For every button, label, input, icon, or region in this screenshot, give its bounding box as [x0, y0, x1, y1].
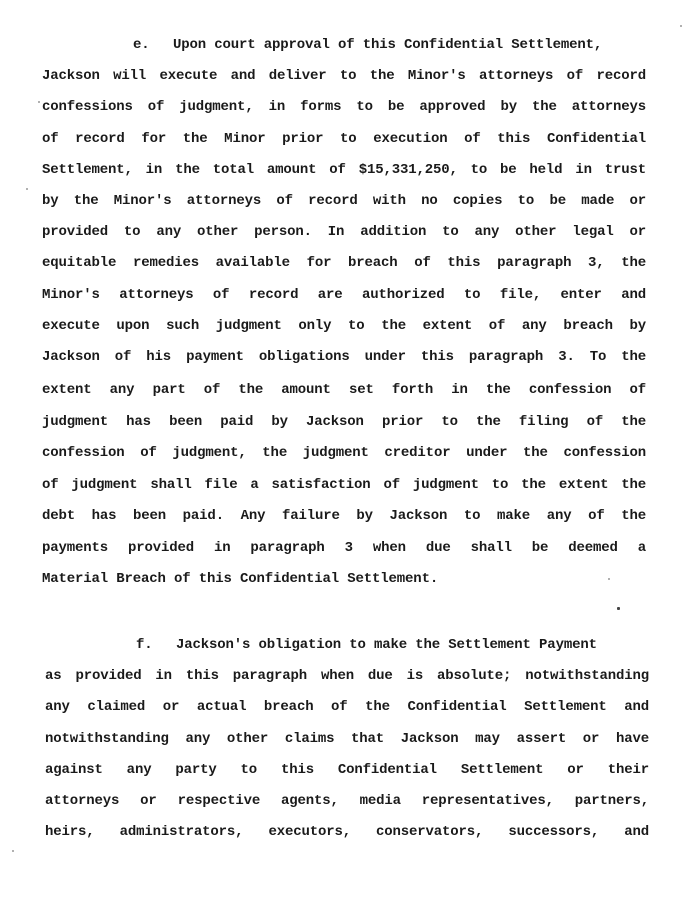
paragraph-f-line-1: f.Jackson's obligation to make the Settl… [136, 636, 646, 654]
paragraph-e-line-15: of judgment shall file a satisfaction of… [42, 476, 646, 494]
paragraph-e-line-16: debt has been paid. Any failure by Jacks… [42, 507, 646, 525]
paragraph-f-line-5: against any party to this Confidential S… [45, 761, 649, 779]
paragraph-f-line-3: any claimed or actual breach of the Conf… [45, 698, 649, 716]
paragraph-e-line-1: e.Upon court approval of this Confidenti… [133, 36, 646, 54]
paragraph-e-marker: e. [133, 36, 173, 54]
paragraph-f-line-7: heirs, administrators, executors, conser… [45, 823, 649, 841]
paragraph-e-line-13: judgment has been paid by Jackson prior … [42, 413, 646, 431]
scan-speck [26, 188, 28, 190]
paragraph-e-line-8: equitable remedies available for breach … [42, 254, 646, 272]
paragraph-e-line-2: Jackson will execute and deliver to the … [42, 67, 646, 85]
paragraph-e-line-12: extent any part of the amount set forth … [42, 381, 646, 399]
paragraph-e-line-7: provided to any other person. In additio… [42, 223, 646, 241]
document-page: e.Upon court approval of this Confidenti… [0, 0, 700, 900]
paragraph-e-line-6: by the Minor's attorneys of record with … [42, 192, 646, 210]
paragraph-f-marker: f. [136, 636, 176, 654]
paragraph-e-line-11: Jackson of his payment obligations under… [42, 348, 646, 366]
scan-speck [608, 578, 610, 580]
paragraph-f-line-6: attorneys or respective agents, media re… [45, 792, 649, 810]
paragraph-e-line-10: execute upon such judgment only to the e… [42, 317, 646, 335]
scan-speck [38, 101, 40, 103]
paragraph-f-line-2: as provided in this paragraph when due i… [45, 667, 649, 685]
paragraph-e-line-14: confession of judgment, the judgment cre… [42, 444, 646, 462]
paragraph-f-line-4: notwithstanding any other claims that Ja… [45, 730, 649, 748]
paragraph-e-line-3: confessions of judgment, in forms to be … [42, 98, 646, 116]
scan-speck [617, 607, 620, 610]
scan-speck [680, 25, 682, 27]
paragraph-e-line-4: of record for the Minor prior to executi… [42, 130, 646, 148]
scan-speck [12, 850, 14, 852]
paragraph-e-line-18: Material Breach of this Confidential Set… [42, 570, 646, 588]
paragraph-e-line-9: Minor's attorneys of record are authoriz… [42, 286, 646, 304]
paragraph-e-line-17: payments provided in paragraph 3 when du… [42, 539, 646, 557]
paragraph-e-line-5: Settlement, in the total amount of $15,3… [42, 161, 646, 179]
